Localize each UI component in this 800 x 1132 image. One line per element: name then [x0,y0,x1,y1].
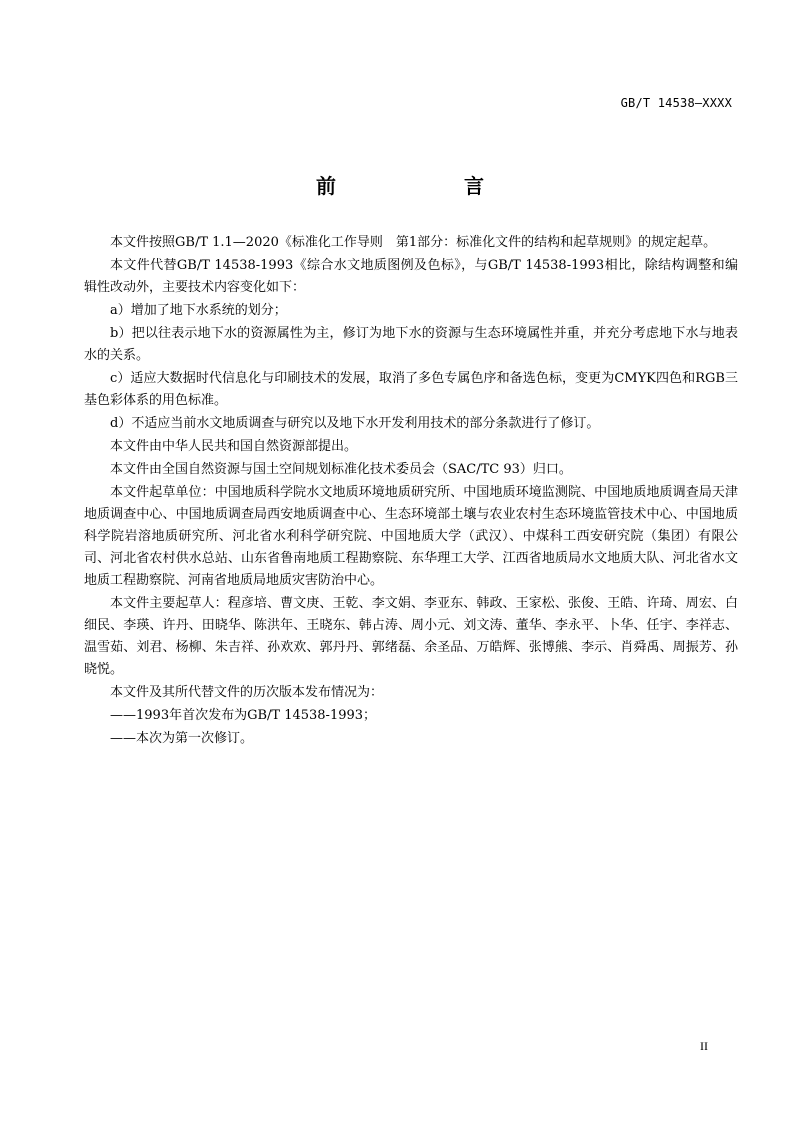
paragraph-drafters: 本文件主要起草人：程彦培、曹文庚、王乾、李文娟、李亚东、韩政、王家松、张俊、王皓… [84,593,738,681]
foreword-body: 本文件按照GB/T 1.1—2020《标准化工作导则 第1部分：标准化文件的结构… [84,232,738,751]
title-char-2: 言 [464,170,484,199]
paragraph-under-jurisdiction: 本文件由全国自然资源与国土空间规划标准化技术委员会（SAC/TC 93）归口。 [84,459,738,481]
paragraph-proposed-by: 本文件由中华人民共和国自然资源部提出。 [84,436,738,458]
page-title: 前言 [0,170,800,199]
paragraph-drafting-units: 本文件起草单位：中国地质科学院水文地质环境地质研究所、中国地质环境监测院、中国地… [84,482,738,592]
list-item-a: a）增加了地下水系统的划分； [84,300,738,322]
page-number: II [700,1039,708,1054]
list-item-b: b）把以往表示地下水的资源属性为主，修订为地下水的资源与生态环境属性并重，并充分… [84,323,738,367]
list-item-c: c）适应大数据时代信息化与印刷技术的发展，取消了多色专属色序和备选色标，变更为C… [84,368,738,412]
paragraph-replacement: 本文件代替GB/T 14538-1993《综合水文地质图例及色标》，与GB/T … [84,255,738,299]
history-item-1993: ——1993年首次发布为GB/T 14538-1993； [84,705,738,727]
history-item-current: ——本次为第一次修订。 [84,728,738,750]
list-item-d: d）不适应当前水文地质调查与研究以及地下水开发利用技术的部分条款进行了修订。 [84,413,738,435]
paragraph-drafting-rules: 本文件按照GB/T 1.1—2020《标准化工作导则 第1部分：标准化文件的结构… [84,232,738,254]
standard-number-header: GB/T 14538—XXXX [621,96,732,110]
title-char-1: 前 [316,170,336,199]
paragraph-history-intro: 本文件及其所代替文件的历次版本发布情况为： [84,682,738,704]
